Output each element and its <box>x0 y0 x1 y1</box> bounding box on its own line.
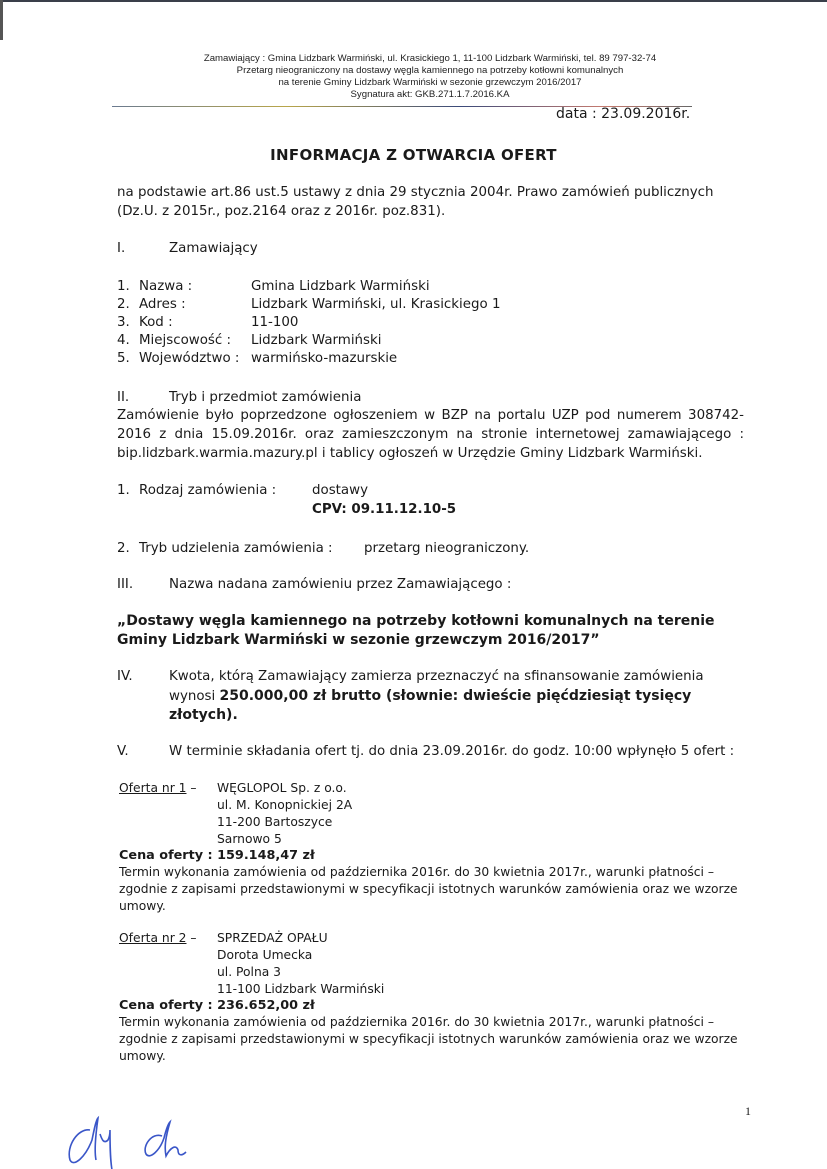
header-line-3: na terenie Gminy Lidzbark Warmiński w se… <box>150 77 710 89</box>
document-title: INFORMACJA Z OTWARCIA OFERT <box>0 146 827 164</box>
section-4-line-2: wynosi 250.000,00 zł brutto (słownie: dw… <box>169 687 691 706</box>
cpv-code: CPV: 09.11.12.10-5 <box>312 501 456 519</box>
section-1-roman: I. <box>117 240 169 258</box>
offer-2-street: ul. Polna 3 <box>217 964 281 981</box>
scan-left-edge <box>0 0 3 40</box>
field-label: Kod : <box>139 314 251 332</box>
legal-basis-line-2: (Dz.U. z 2015r., poz.2164 oraz z 2016r. … <box>117 203 445 221</box>
field-value: Lidzbark Warmiński <box>251 333 382 348</box>
list-item: 3.Kod :11-100 <box>117 314 298 332</box>
field-label: Miejscowość : <box>139 332 251 350</box>
offer-1-header: Oferta nr 1 – <box>119 780 197 797</box>
field-value: dostawy <box>312 483 368 498</box>
field-value: 11-100 <box>251 315 298 330</box>
section-4-line-1: IV.Kwota, którą Zamawiający zamierza prz… <box>117 668 704 686</box>
section-3-heading: III.Nazwa nadana zamówieniu przez Zamawi… <box>117 576 511 594</box>
section-4-roman: IV. <box>117 668 169 686</box>
offer-1-label: Oferta nr 1 <box>119 781 186 795</box>
contract-name-line-1: „Dostawy węgla kamiennego na potrzeby ko… <box>117 612 715 630</box>
section-3-title: Nazwa nadana zamówieniu przez Zamawiając… <box>169 577 511 592</box>
offer-1-terms-3: umowy. <box>119 898 166 915</box>
section-2-roman: II. <box>117 389 169 407</box>
offer-1-street: ul. M. Konopnickiej 2A <box>217 797 352 814</box>
section-5-roman: V. <box>117 743 169 761</box>
field-label: Tryb udzielenia zamówienia : <box>139 540 364 558</box>
offer-2-terms-1: Termin wykonania zamówienia od październ… <box>119 1014 714 1031</box>
document-date: data : 23.09.2016r. <box>556 106 690 122</box>
section-3-roman: III. <box>117 576 169 594</box>
header-line-1: Zamawiający : Gmina Lidzbark Warmiński, … <box>150 53 710 65</box>
handwritten-initials <box>60 1110 190 1169</box>
offer-2-label: Oferta nr 2 <box>119 931 186 945</box>
field-label: Adres : <box>139 296 251 314</box>
offer-1-terms-2: zgodnie z zapisami przedstawionymi w spe… <box>119 881 738 898</box>
offer-2-owner: Dorota Umecka <box>217 947 312 964</box>
document-header: Zamawiający : Gmina Lidzbark Warmiński, … <box>150 53 710 101</box>
legal-basis-line-1: na podstawie art.86 ust.5 ustawy z dnia … <box>117 184 714 202</box>
offer-1-company: WĘGLOPOL Sp. z o.o. <box>217 780 347 797</box>
section-4-line-3: złotych). <box>169 706 238 724</box>
list-item: 2.Adres :Lidzbark Warmiński, ul. Krasick… <box>117 296 500 314</box>
offer-1-terms-1: Termin wykonania zamówienia od październ… <box>119 864 714 881</box>
list-item: 5.Województwo :warmińsko-mazurskie <box>117 350 397 368</box>
order-type-row: 1.Rodzaj zamówienia :dostawy <box>117 482 368 500</box>
offer-2-terms-3: umowy. <box>119 1048 166 1065</box>
offer-2-company: SPRZEDAŻ OPAŁU <box>217 930 328 947</box>
field-value: przetarg nieograniczony. <box>364 541 529 556</box>
header-line-2: Przetarg nieograniczony na dostawy węgla… <box>150 65 710 77</box>
field-value: Lidzbark Warmiński, ul. Krasickiego 1 <box>251 297 500 312</box>
section-1-heading: I.Zamawiający <box>117 240 258 258</box>
field-label: Województwo : <box>139 350 251 368</box>
offer-1-locality: Sarnowo 5 <box>217 831 282 848</box>
section-2-paragraph: Zamówienie było poprzedzone ogłoszeniem … <box>117 406 744 463</box>
list-item: 1.Nazwa :Gmina Lidzbark Warmiński <box>117 278 430 296</box>
offer-2-header: Oferta nr 2 – <box>119 930 197 947</box>
field-label: Rodzaj zamówienia : <box>139 482 312 500</box>
offer-2-terms-2: zgodnie z zapisami przedstawionymi w spe… <box>119 1031 738 1048</box>
section-2-title: Tryb i przedmiot zamówienia <box>169 390 361 405</box>
section-1-title: Zamawiający <box>169 241 258 256</box>
field-value: warmińsko-mazurskie <box>251 351 397 366</box>
offer-2-price: Cena oferty : 236.652,00 zł <box>119 997 315 1014</box>
field-value: Gmina Lidzbark Warmiński <box>251 279 430 294</box>
offer-1-price: Cena oferty : 159.148,47 zł <box>119 847 315 864</box>
offer-1-city: 11-200 Bartoszyce <box>217 814 332 831</box>
field-label: Nazwa : <box>139 278 251 296</box>
list-item: 4.Miejscowość :Lidzbark Warmiński <box>117 332 382 350</box>
section-2-heading: II.Tryb i przedmiot zamówienia <box>117 389 361 407</box>
budget-amount: 250.000,00 zł brutto (słownie: dwieście … <box>220 688 692 704</box>
section-5-line: V.W terminie składania ofert tj. do dnia… <box>117 743 734 761</box>
contract-name-line-2: Gminy Lidzbark Warmiński w sezonie grzew… <box>117 631 600 649</box>
page-number: 1 <box>745 1104 751 1119</box>
scan-top-edge <box>0 0 827 2</box>
header-line-4: Sygnatura akt: GKB.271.1.7.2016.KA <box>150 89 710 101</box>
award-mode-row: 2.Tryb udzielenia zamówienia :przetarg n… <box>117 540 529 558</box>
offer-2-city: 11-100 Lidzbark Warmiński <box>217 981 384 998</box>
